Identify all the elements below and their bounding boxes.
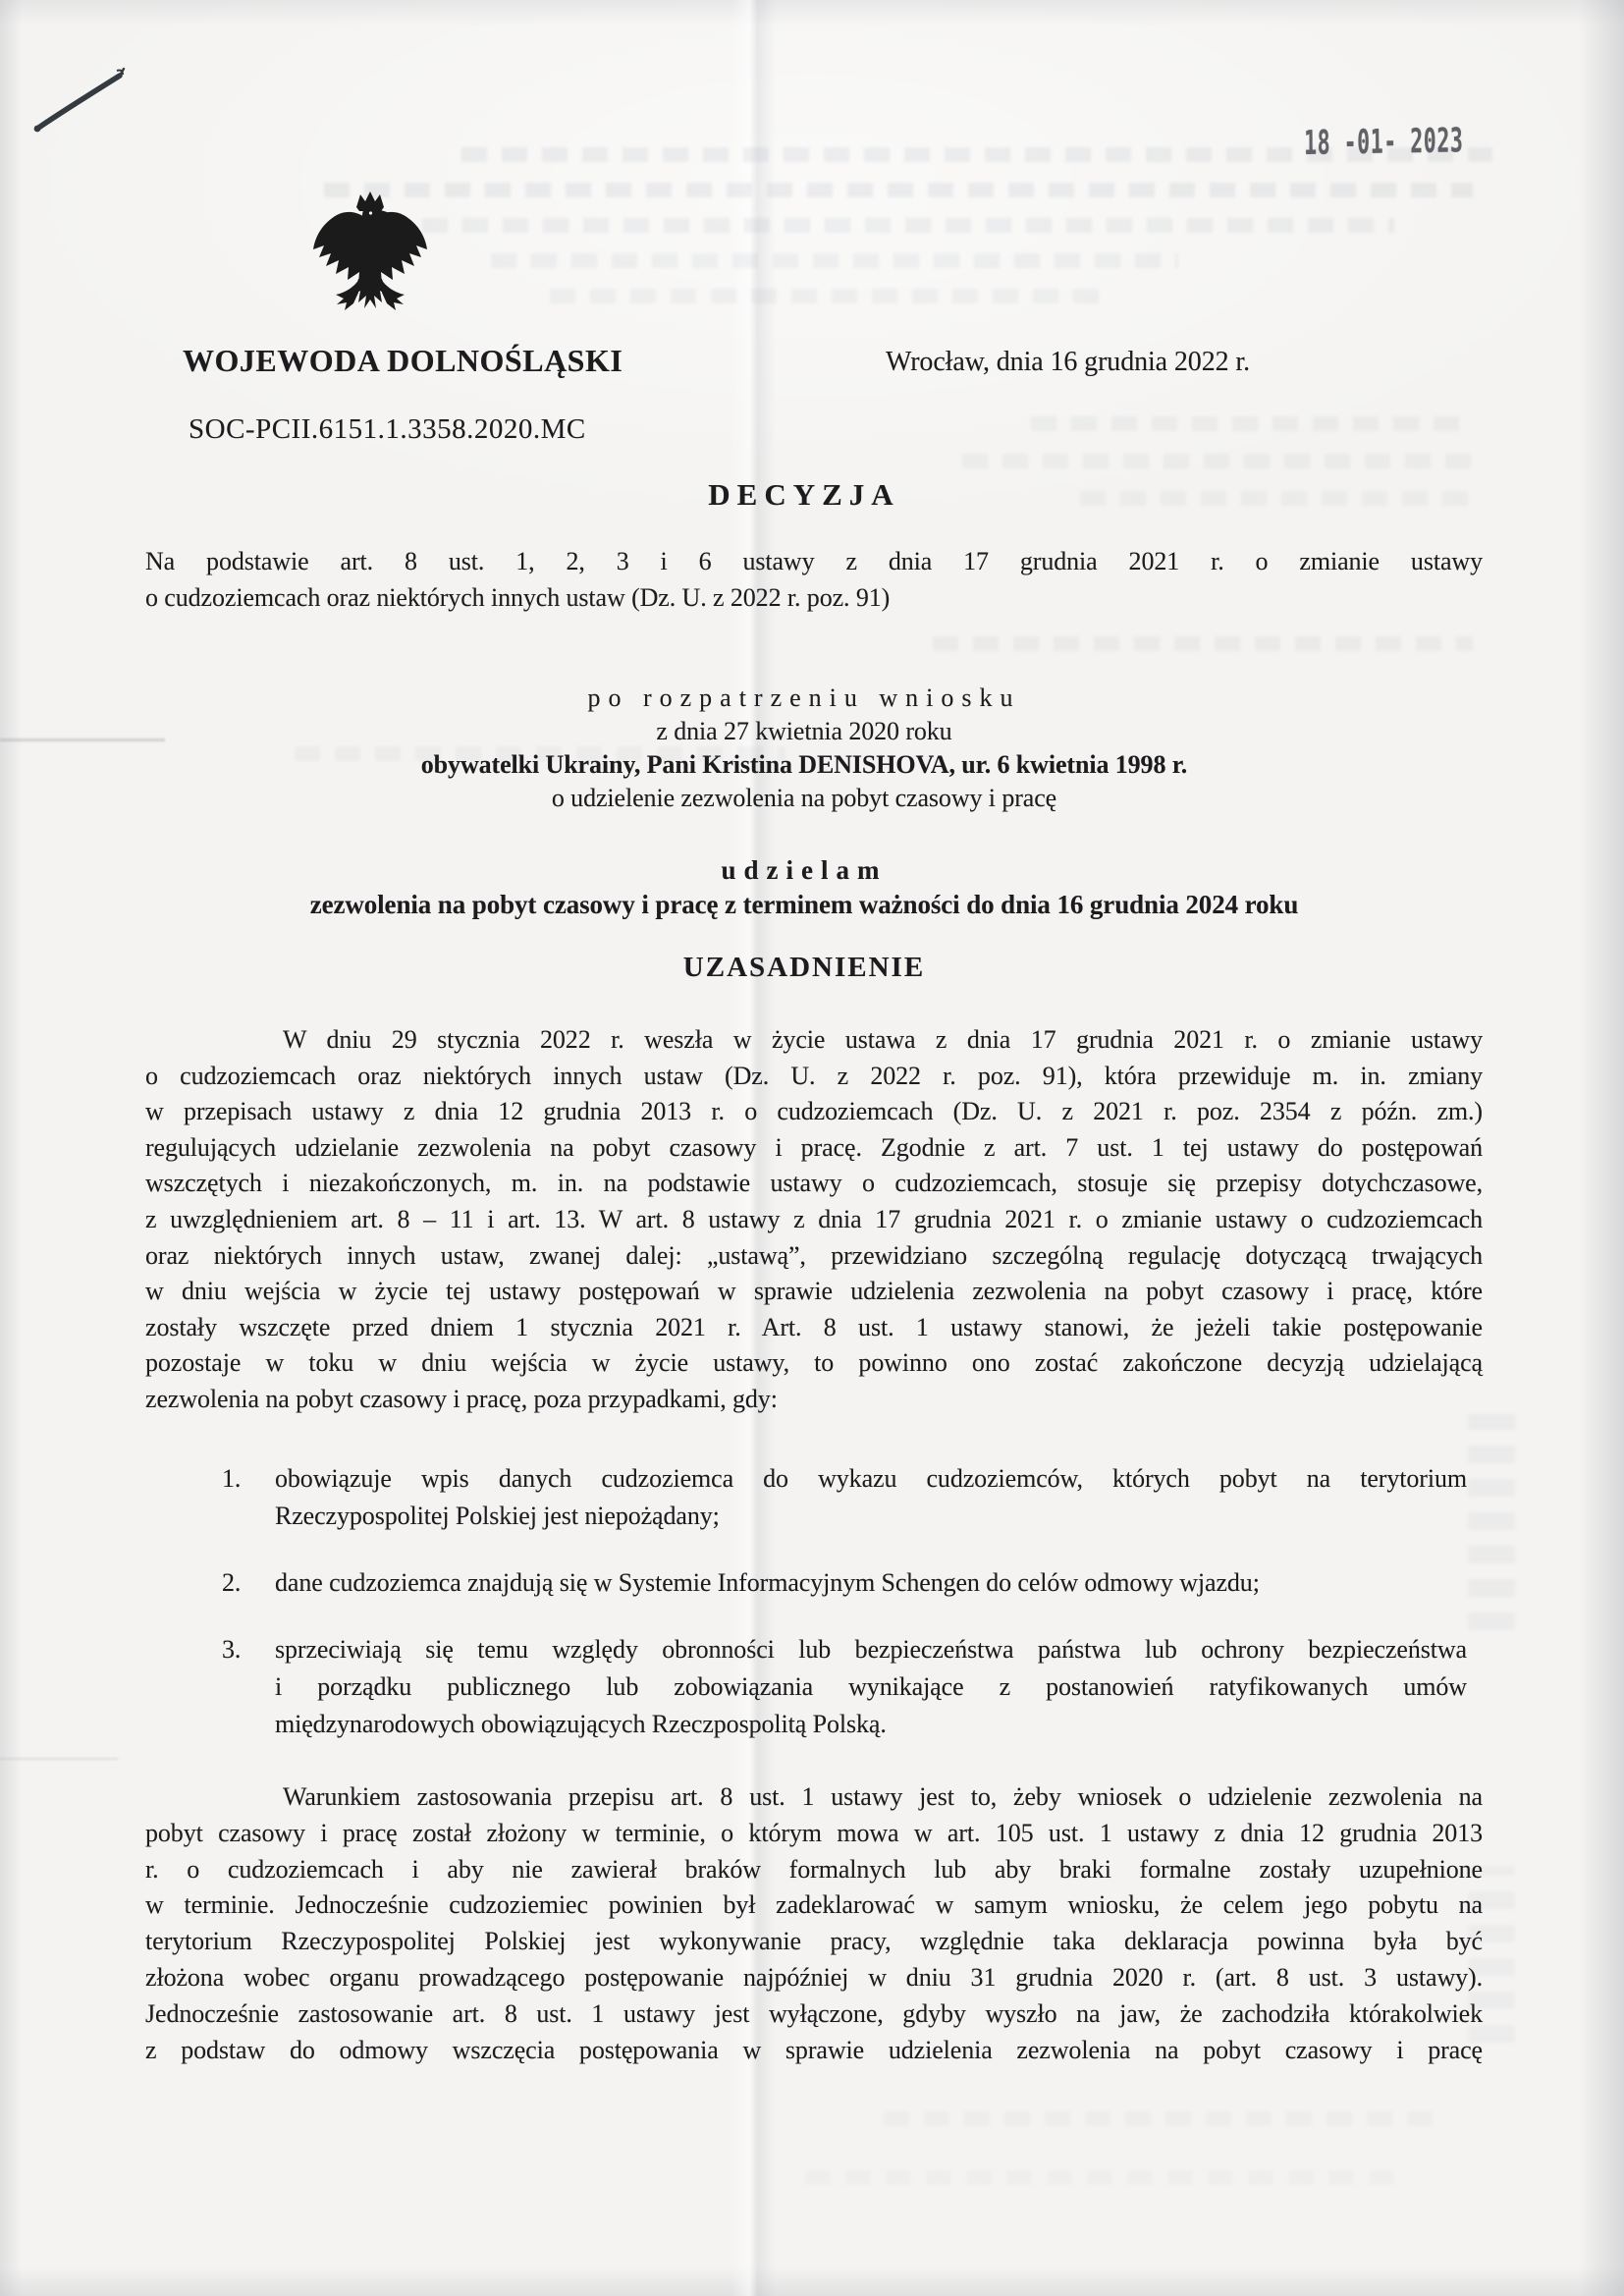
grant-scope: zezwolenia na pobyt czasowy i pracę z te…: [145, 888, 1463, 922]
applicant-details: obywatelki Ukrainy, Pani Kristina DENISH…: [145, 748, 1463, 782]
bleedthrough-artifact: [805, 2170, 1394, 2185]
bleedthrough-artifact: [324, 183, 1473, 197]
text-line: W dniu 29 stycznia 2022 r. weszła w życi…: [145, 1022, 1483, 1059]
case-reference-number: SOC-PCII.6151.1.3358.2020.MC: [189, 413, 586, 446]
horizontal-fold-crease: [0, 738, 165, 741]
authority-name: WOJEWODA DOLNOŚLĄSKI: [183, 343, 623, 379]
place-and-date: Wrocław, dnia 16 grudnia 2022 r.: [886, 347, 1250, 378]
bleedthrough-artifact: [884, 2111, 1434, 2126]
application-block: po rozpatrzeniu wniosku z dnia 27 kwietn…: [145, 682, 1463, 815]
text-line: pobyt czasowy i pracę został złożony w t…: [145, 1816, 1483, 1852]
exception-conditions-list: 1.obowiązuje wpis danych cudzoziemca do …: [222, 1460, 1467, 1773]
bleedthrough-artifact: [1468, 1414, 1515, 1630]
polish-eagle-emblem-icon: [310, 189, 430, 322]
list-item: 3.sprzeciwiają się temu względy obronnoś…: [222, 1631, 1467, 1743]
text-line: Na podstawie art. 8 ust. 1, 2, 3 i 6 ust…: [145, 543, 1483, 579]
list-item: 1.obowiązuje wpis danych cudzoziemca do …: [222, 1460, 1467, 1535]
text-line: i porządku publicznego lub zobowiązania …: [275, 1668, 1467, 1706]
text-line: w dniu wejścia w życie tej ustawy postęp…: [145, 1274, 1483, 1310]
text-line: pozostaje w toku w dniu wejścia w życie …: [145, 1345, 1483, 1382]
text-line: zostały wszczęte przed dniem 1 stycznia …: [145, 1310, 1483, 1346]
text-line: z uwzględnieniem art. 8 – 11 i art. 13. …: [145, 1202, 1483, 1238]
text-line: Warunkiem zastosowania przepisu art. 8 u…: [145, 1779, 1483, 1816]
list-item-text: dane cudzoziemca znajdują się w Systemie…: [275, 1564, 1467, 1602]
text-line: zezwolenia na pobyt czasowy i pracę, poz…: [145, 1382, 1483, 1418]
justification-paragraph-1: W dniu 29 stycznia 2022 r. weszła w życi…: [145, 1022, 1483, 1418]
text-line: terytorium Rzeczypospolitej Polskiej jes…: [145, 1924, 1483, 1960]
text-line: Rzeczypospolitej Polskiej jest niepożąda…: [275, 1498, 1467, 1535]
text-line: regulujących udzielanie zezwolenia na po…: [145, 1130, 1483, 1167]
text-line: dane cudzoziemca znajdują się w Systemie…: [275, 1564, 1467, 1602]
text-line: o cudzoziemcach oraz niektórych innych u…: [145, 1059, 1483, 1095]
list-item-number: 3.: [222, 1631, 275, 1743]
bleedthrough-artifact: [491, 253, 1178, 268]
application-date: z dnia 27 kwietnia 2020 roku: [145, 715, 1463, 748]
justification-heading: UZASADNIENIE: [145, 952, 1463, 984]
application-intro: po rozpatrzeniu wniosku: [145, 682, 1463, 715]
justification-paragraph-2: Warunkiem zastosowania przepisu art. 8 u…: [145, 1779, 1483, 2068]
text-line: Jednocześnie zastosowanie art. 8 ust. 1 …: [145, 1996, 1483, 2033]
text-line: z podstaw do odmowy wszczęcia postępowan…: [145, 2033, 1483, 2069]
decision-grant-block: udzielam zezwolenia na pobyt czasowy i p…: [145, 853, 1463, 922]
text-line: oraz niektórych innych ustaw, zwanej dal…: [145, 1238, 1483, 1275]
text-line: o cudzoziemcach oraz niektórych innych u…: [145, 579, 1483, 616]
scanned-decision-document: 18 -01- 2023 WOJEWODA DOLNOŚLĄSKI Wrocła…: [0, 0, 1624, 2296]
list-item-text: sprzeciwiają się temu względy obronności…: [275, 1631, 1467, 1743]
document-title: DECYZJA: [145, 477, 1463, 513]
text-line: wszczętych i niezakończonych, m. in. na …: [145, 1166, 1483, 1202]
text-line: złożona wobec organu prowadzącego postęp…: [145, 1960, 1483, 1996]
application-subject: o udzielenie zezwolenia na pobyt czasowy…: [145, 782, 1463, 815]
text-line: sprzeciwiają się temu względy obronności…: [275, 1631, 1467, 1668]
grant-verb: udzielam: [145, 853, 1463, 888]
text-line: obowiązuje wpis danych cudzoziemca do wy…: [275, 1460, 1467, 1498]
pen-checkmark-icon: [27, 57, 135, 141]
legal-basis-paragraph: Na podstawie art. 8 ust. 1, 2, 3 i 6 ust…: [145, 543, 1483, 616]
list-item-number: 1.: [222, 1460, 275, 1535]
text-line: r. o cudzoziemcach i aby nie zawierał br…: [145, 1852, 1483, 1888]
horizontal-fold-crease: [0, 1758, 118, 1760]
list-item: 2.dane cudzoziemca znajdują się w System…: [222, 1564, 1467, 1602]
list-item-text: obowiązuje wpis danych cudzoziemca do wy…: [275, 1460, 1467, 1535]
bleedthrough-artifact: [933, 636, 1473, 651]
text-line: międzynarodowych obowiązujących Rzeczpos…: [275, 1706, 1467, 1743]
bleedthrough-artifact: [1031, 416, 1473, 431]
text-line: w terminie. Jednocześnie cudzoziemiec po…: [145, 1887, 1483, 1924]
list-item-number: 2.: [222, 1564, 275, 1602]
bleedthrough-artifact: [422, 218, 1394, 233]
received-date-stamp: 18 -01- 2023: [1304, 121, 1464, 163]
bleedthrough-artifact: [550, 289, 1100, 303]
bleedthrough-artifact: [962, 454, 1473, 468]
text-line: w przepisach ustawy z dnia 12 grudnia 20…: [145, 1094, 1483, 1130]
